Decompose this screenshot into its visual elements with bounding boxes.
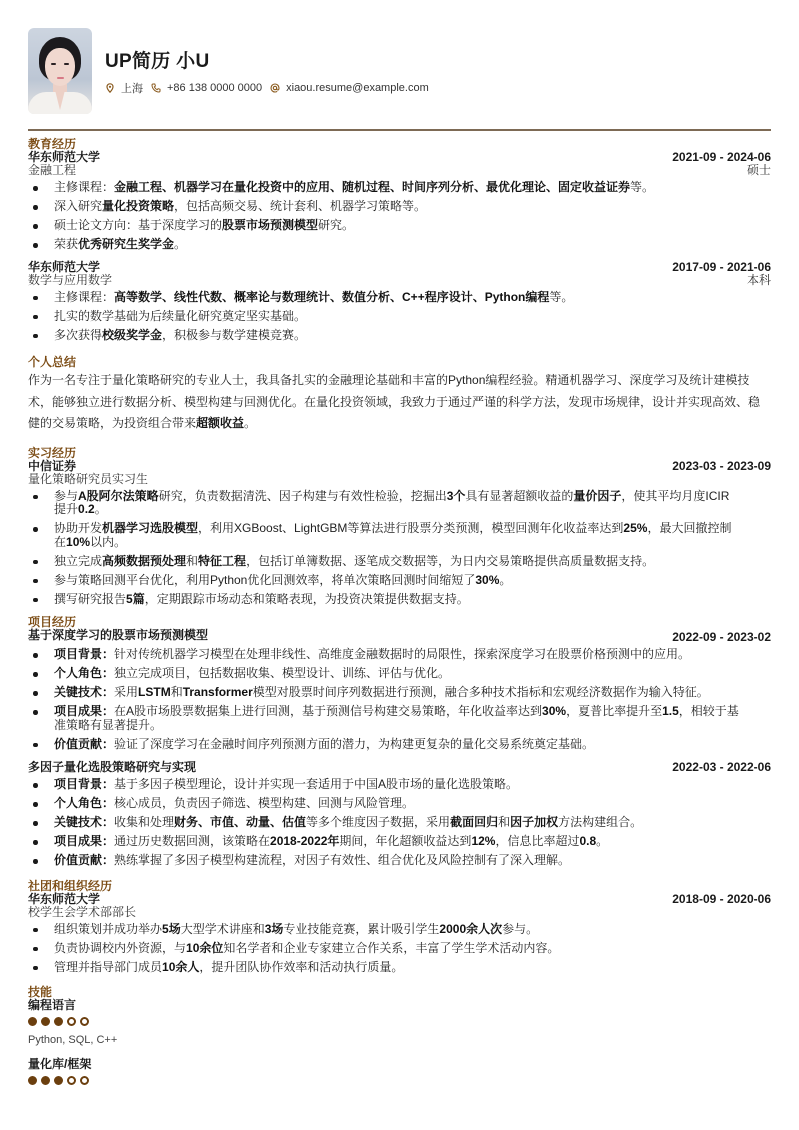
skill-level-dots <box>28 1076 771 1085</box>
date-range: 2023-03 - 2023-09 <box>672 460 771 473</box>
bullet-item: 价值贡献：验证了深度学习在金融时间序列预测方面的潜力，为构建更复杂的量化交易系统… <box>28 738 771 752</box>
bullet-list: 参与A股阿尔法策略研究，负责数据清洗、因子构建与有效性检验，挖掘出3个具有显著超… <box>28 490 771 607</box>
map-pin-icon <box>105 83 115 93</box>
section-organization: 社团和组织经历 华东师范大学 2018-09 - 2020-06 校学生会学术部… <box>28 880 771 975</box>
profile-photo <box>28 28 92 114</box>
section-title: 个人总结 <box>28 356 771 369</box>
date-range: 2018-09 - 2020-06 <box>672 893 771 906</box>
email-link[interactable]: xiaou.resume@example.com <box>286 82 429 94</box>
skill-item: 编程语言 Python, SQL, C++ <box>28 999 771 1047</box>
bullet-item: 个人角色：独立完成项目，包括数据收集、模型设计、训练、评估与优化。 <box>28 667 771 681</box>
major: 金融工程 <box>28 164 100 177</box>
empty-dot-icon <box>67 1076 76 1085</box>
bullet-item: 价值贡献：熟练掌握了多因子模型构建流程，对因子有效性、组合优化及风险控制有了深入… <box>28 854 771 868</box>
phone-icon <box>151 83 161 93</box>
date-range: 2017-09 - 2021-06 <box>672 261 771 274</box>
bullet-item: 组织策划并成功举办5场大型学术讲座和3场专业技能竞赛，累计吸引学生2000余人次… <box>28 923 771 937</box>
education-entry: 华东师范大学 金融工程 2021-09 - 2024-06 硕士 主修课程：金融… <box>28 151 771 252</box>
section-title: 技能 <box>28 986 771 999</box>
header-divider <box>28 129 771 131</box>
section-education: 教育经历 华东师范大学 金融工程 2021-09 - 2024-06 硕士 主修… <box>28 138 771 342</box>
bullet-item: 硕士论文方向：基于深度学习的股票市场预测模型研究。 <box>28 219 771 233</box>
bullet-item: 参与A股阿尔法策略研究，负责数据清洗、因子构建与有效性检验，挖掘出3个具有显著超… <box>28 490 771 517</box>
bullet-item: 参与策略回测平台优化，利用Python优化回测效率，将单次策略回测时间缩短了30… <box>28 574 771 588</box>
date-range: 2022-03 - 2022-06 <box>672 761 771 774</box>
phone-link[interactable]: +86 138 0000 0000 <box>167 82 262 94</box>
org-role: 校学生会学术部部长 <box>28 906 771 919</box>
empty-dot-icon <box>67 1017 76 1026</box>
bullet-item: 扎实的数学基础为后续量化研究奠定坚实基础。 <box>28 310 771 324</box>
bullet-list: 主修课程：金融工程、机器学习在量化投资中的应用、随机过程、时间序列分析、最优化理… <box>28 181 771 252</box>
bullet-item: 协助开发机器学习选股模型，利用XGBoost、LightGBM等算法进行股票分类… <box>28 522 771 549</box>
bullet-item: 项目成果：在A股市场股票数据集上进行回测，基于预测信号构建交易策略，年化收益率达… <box>28 705 771 732</box>
skill-name: 编程语言 <box>28 999 771 1012</box>
org-name: 华东师范大学 <box>28 893 100 906</box>
bullet-item: 撰写研究报告5篇，定期跟踪市场动态和策略表现，为投资决策提供数据支持。 <box>28 593 771 607</box>
section-title: 实习经历 <box>28 447 771 460</box>
bullet-item: 个人角色：核心成员，负责因子筛选、模型构建、回测与风险管理。 <box>28 797 771 811</box>
bullet-item: 主修课程：高等数学、线性代数、概率论与数理统计、数值分析、C++程序设计、Pyt… <box>28 291 771 305</box>
bullet-item: 管理并指导部门成员10余人，提升团队协作效率和活动执行质量。 <box>28 961 771 975</box>
bullet-list: 组织策划并成功举办5场大型学术讲座和3场专业技能竞赛，累计吸引学生2000余人次… <box>28 923 771 975</box>
bullet-item: 独立完成高频数据预处理和特征工程，包括订单簿数据、逐笔成交数据等，为日内交易策略… <box>28 555 771 569</box>
project-name: 多因子量化选股策略研究与实现 <box>28 761 196 774</box>
bullet-item: 关键技术：采用LSTM和Transformer模型对股票时间序列数据进行预测，融… <box>28 686 771 700</box>
job-role: 量化策略研究员实习生 <box>28 473 771 486</box>
contact-email: xiaou.resume@example.com <box>270 82 429 94</box>
filled-dot-icon <box>54 1017 63 1026</box>
resume-header: UP简历 小U 上海 +86 138 0000 0000 xiaou.resum… <box>28 28 437 114</box>
section-title: 教育经历 <box>28 138 771 151</box>
skill-detail: Python, SQL, C++ <box>28 1034 771 1047</box>
project-entry: 基于深度学习的股票市场预测模型 2022-09 - 2023-02 项目背景：针… <box>28 629 771 751</box>
bullet-item: 项目背景：基于多因子模型理论，设计并实现一套适用于中国A股市场的量化选股策略。 <box>28 778 771 792</box>
location-text: 上海 <box>121 80 143 96</box>
section-summary: 个人总结 作为一名专注于量化策略研究的专业人士，我具备扎实的金融理论基础和丰富的… <box>28 356 771 435</box>
empty-dot-icon <box>80 1017 89 1026</box>
bullet-item: 关键技术：收集和处理财务、市值、动量、估值等多个维度因子数据，采用截面回归和因子… <box>28 816 771 830</box>
contact-phone: +86 138 0000 0000 <box>151 82 262 94</box>
date-range: 2022-09 - 2023-02 <box>672 631 771 644</box>
contact-location: 上海 <box>105 80 143 96</box>
empty-dot-icon <box>80 1076 89 1085</box>
section-projects: 项目经历 基于深度学习的股票市场预测模型 2022-09 - 2023-02 项… <box>28 616 771 868</box>
bullet-item: 负责协调校内外资源，与10余位知名学者和企业专家建立合作关系，丰富了学生学术活动… <box>28 942 771 956</box>
section-internship: 实习经历 中信证券 2023-03 - 2023-09 量化策略研究员实习生 参… <box>28 447 771 607</box>
bullet-item: 主修课程：金融工程、机器学习在量化投资中的应用、随机过程、时间序列分析、最优化理… <box>28 181 771 195</box>
bullet-list: 项目背景：基于多因子模型理论，设计并实现一套适用于中国A股市场的量化选股策略。个… <box>28 778 771 868</box>
at-sign-icon <box>270 83 280 93</box>
bullet-item: 深入研究量化投资策略，包括高频交易、统计套利、机器学习策略等。 <box>28 200 771 214</box>
filled-dot-icon <box>41 1076 50 1085</box>
project-entry: 多因子量化选股策略研究与实现 2022-03 - 2022-06 项目背景：基于… <box>28 761 771 868</box>
skill-name: 量化库/框架 <box>28 1058 771 1071</box>
section-title: 社团和组织经历 <box>28 880 771 893</box>
section-skills: 技能 编程语言 Python, SQL, C++ 量化库/框架 <box>28 986 771 1085</box>
filled-dot-icon <box>28 1017 37 1026</box>
resume-body: 教育经历 华东师范大学 金融工程 2021-09 - 2024-06 硕士 主修… <box>28 138 771 1085</box>
skill-level-dots <box>28 1017 771 1026</box>
summary-text: 作为一名专注于量化策略研究的专业人士，我具备扎实的金融理论基础和丰富的Pytho… <box>28 370 771 435</box>
filled-dot-icon <box>28 1076 37 1085</box>
degree: 硕士 <box>672 164 771 177</box>
bullet-item: 项目成果：通过历史数据回测，该策略在2018-2022年期间，年化超额收益达到1… <box>28 835 771 849</box>
degree: 本科 <box>672 274 771 287</box>
filled-dot-icon <box>41 1017 50 1026</box>
candidate-name: UP简历 小U <box>105 50 437 74</box>
skill-item: 量化库/框架 <box>28 1058 771 1085</box>
bullet-item: 项目背景：针对传统机器学习模型在处理非线性、高维度金融数据时的局限性，探索深度学… <box>28 648 771 662</box>
bullet-item: 荣获优秀研究生奖学金。 <box>28 238 771 252</box>
project-name: 基于深度学习的股票市场预测模型 <box>28 629 208 644</box>
major: 数学与应用数学 <box>28 274 112 287</box>
school-name: 华东师范大学 <box>28 261 112 274</box>
company-name: 中信证券 <box>28 460 76 473</box>
filled-dot-icon <box>54 1076 63 1085</box>
bullet-item: 多次获得校级奖学金，积极参与数学建模竞赛。 <box>28 329 771 343</box>
bullet-list: 项目背景：针对传统机器学习模型在处理非线性、高维度金融数据时的局限性，探索深度学… <box>28 648 771 751</box>
bullet-list: 主修课程：高等数学、线性代数、概率论与数理统计、数值分析、C++程序设计、Pyt… <box>28 291 771 343</box>
education-entry: 华东师范大学 数学与应用数学 2017-09 - 2021-06 本科 主修课程… <box>28 261 771 343</box>
